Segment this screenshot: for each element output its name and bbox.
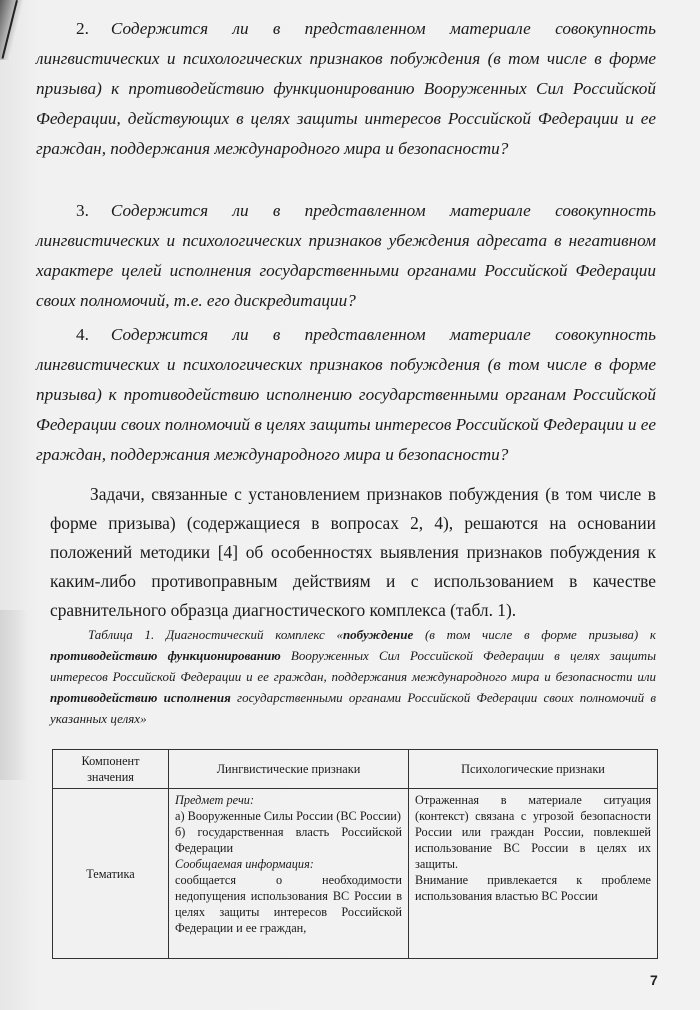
cell-linguistic: Предмет речи: а) Вооруженные Силы России… [169, 789, 409, 959]
header-psychological: Психологические признаки [409, 750, 658, 789]
table-row: Тематика Предмет речи: а) Вооруженные Си… [53, 789, 658, 959]
table-header-row: Компонент значения Лингвистические призн… [53, 750, 658, 789]
cell-psychological: Отраженная в материале ситуация (контекс… [409, 789, 658, 959]
item-a: а) Вооруженные Силы России (ВС России) [175, 808, 402, 824]
question-3: 3.Содержится ли в представленном материа… [36, 196, 656, 316]
psych-paragraph-2: Внимание привлекается к проблеме использ… [415, 872, 651, 904]
question-number: 3. [76, 201, 89, 220]
header-component: Компонент значения [53, 750, 169, 789]
psych-paragraph-1: Отраженная в материале ситуация (контекс… [415, 792, 651, 872]
question-4-text: 4.Содержится ли в представленном материа… [36, 320, 656, 470]
body-paragraph: Задачи, связанные с установлением призна… [50, 480, 656, 625]
item-b: б) государственная власть Российской Фед… [175, 824, 402, 856]
table-caption: Таблица 1. Диагностический комплекс «поб… [50, 624, 656, 729]
page-number: 7 [650, 972, 658, 988]
cell-component: Тематика [53, 789, 169, 959]
question-4: 4.Содержится ли в представленном материа… [36, 320, 656, 470]
document-page: 2.Содержится ли в представленном материа… [0, 0, 700, 1010]
question-2: 2.Содержится ли в представленном материа… [36, 14, 656, 164]
info-text: сообщается о необходимости недопущения и… [175, 872, 402, 936]
diagnostic-table: Компонент значения Лингвистические призн… [52, 749, 658, 959]
info-label: Сообщаемая информация: [175, 856, 402, 872]
question-3-text: 3.Содержится ли в представленном материа… [36, 196, 656, 316]
question-number: 4. [76, 325, 89, 344]
question-2-text: 2.Содержится ли в представленном материа… [36, 14, 656, 164]
left-edge-blur [0, 610, 28, 780]
header-linguistic: Лингвистические признаки [169, 750, 409, 789]
subject-label: Предмет речи: [175, 792, 402, 808]
question-number: 2. [76, 19, 89, 38]
